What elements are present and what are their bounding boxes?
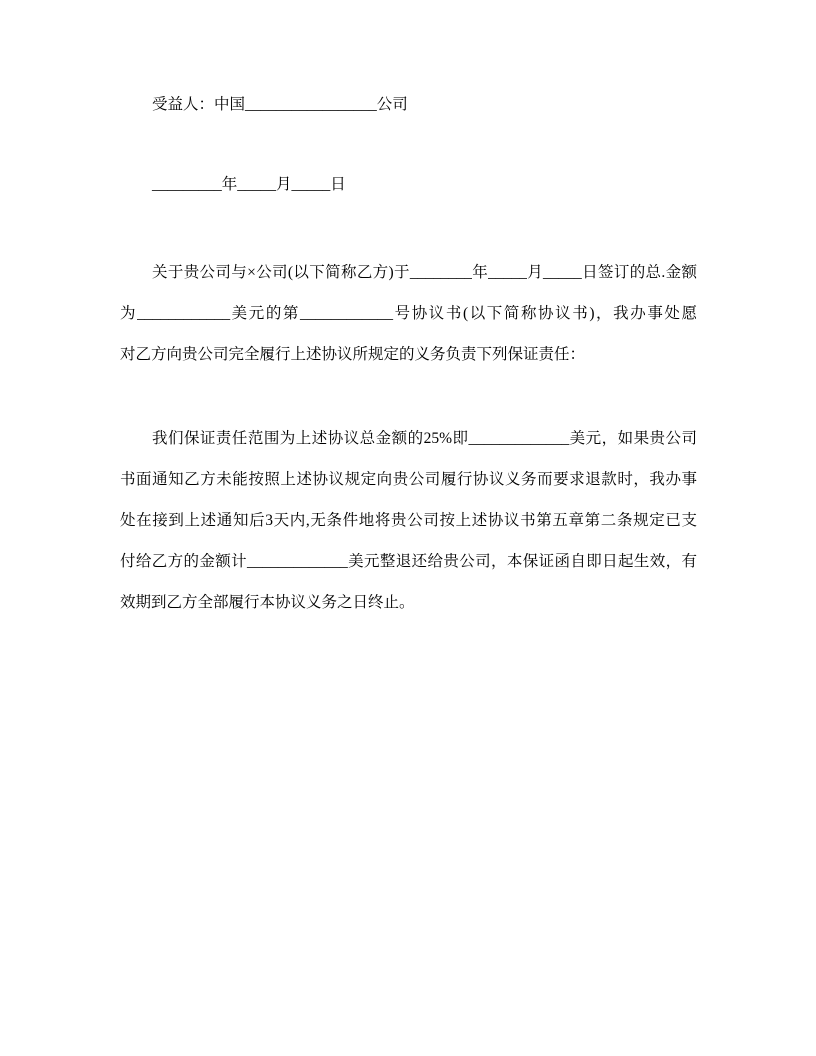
paragraph-line: 我们保证责任范围为上述协议总金额的25%即_____________美元，如果贵…: [120, 418, 697, 459]
beneficiary-line: 受益人：中国_________________公司: [120, 84, 697, 125]
paragraph-line: 书面通知乙方未能按照上述协议规定向贵公司履行协议义务而要求退款时，我办事: [120, 459, 697, 500]
document-page: 受益人：中国_________________公司 _________年____…: [0, 0, 816, 1056]
paragraph-line: 为____________美元的第____________号协议书(以下简称协议…: [120, 293, 697, 334]
paragraph-line: 处在接到上述通知后3天内,无条件地将贵公司按上述协议书第五章第二条规定已支: [120, 500, 697, 541]
paragraph-agreement-intro: 关于贵公司与×公司(以下简称乙方)于________年_____月_____日签…: [120, 252, 697, 375]
paragraph-line: 对乙方向贵公司完全履行上述协议所规定的义务负责下列保证责任：: [120, 334, 697, 375]
paragraph-guarantee-terms: 我们保证责任范围为上述协议总金额的25%即_____________美元，如果贵…: [120, 418, 697, 623]
paragraph-line: 关于贵公司与×公司(以下简称乙方)于________年_____月_____日签…: [120, 252, 697, 293]
guarantee-letter-body: 受益人：中国_________________公司 _________年____…: [120, 84, 697, 623]
paragraph-line: 效期到乙方全部履行本协议义务之日终止。: [120, 582, 697, 623]
paragraph-line: 付给乙方的金额计_____________美元整退还给贵公司，本保证函自即日起生…: [120, 541, 697, 582]
date-line: _________年_____月_____日: [120, 164, 697, 205]
